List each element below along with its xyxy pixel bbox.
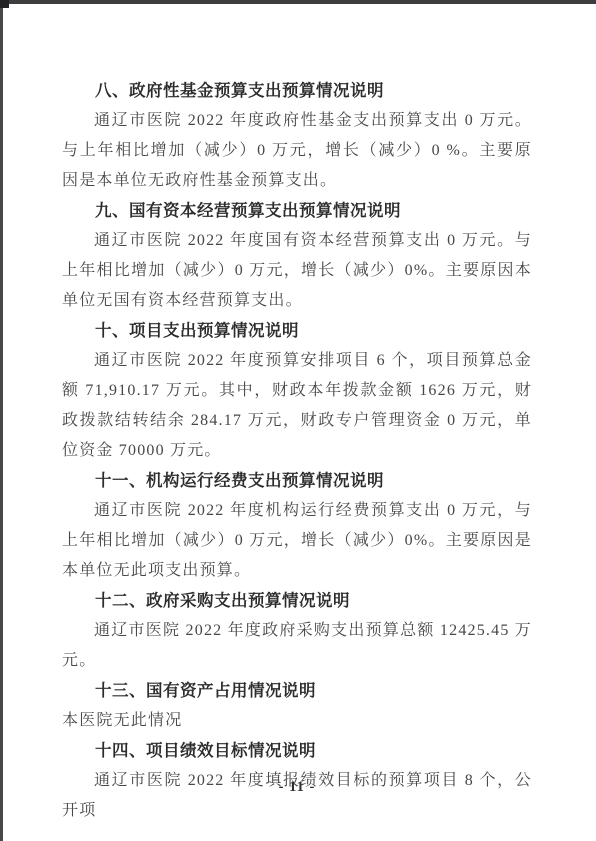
section-paragraph-12: 通辽市医院 2022 年度政府采购支出预算总额 12425.45 万元。 <box>62 616 532 676</box>
section-heading-14: 十四、项目绩效目标情况说明 <box>62 736 532 766</box>
document-page: 八、政府性基金预算支出预算情况说明 通辽市医院 2022 年度政府性基金支出预算… <box>0 0 596 841</box>
section-heading-9: 九、国有资本经营预算支出预算情况说明 <box>62 196 532 226</box>
section-heading-13: 十三、国有资产占用情况说明 <box>62 676 532 706</box>
section-paragraph-10: 通辽市医院 2022 年度预算安排项目 6 个，项目预算总金额 71,910.1… <box>62 346 532 466</box>
document-body: 八、政府性基金预算支出预算情况说明 通辽市医院 2022 年度政府性基金支出预算… <box>62 76 532 826</box>
scan-edge-corner <box>0 0 9 8</box>
section-paragraph-13: 本医院无此情况 <box>62 706 532 736</box>
section-paragraph-8: 通辽市医院 2022 年度政府性基金支出预算支出 0 万元。与上年相比增加（减少… <box>62 106 532 196</box>
scan-edge-top <box>0 0 596 4</box>
section-paragraph-11: 通辽市医院 2022 年度机构运行经费预算支出 0 万元，与上年相比增加（减少）… <box>62 496 532 586</box>
section-paragraph-9: 通辽市医院 2022 年度国有资本经营预算支出 0 万元。与上年相比增加（减少）… <box>62 226 532 316</box>
section-heading-12: 十二、政府采购支出预算情况说明 <box>62 586 532 616</box>
page-number: - 11 - <box>62 779 532 796</box>
section-paragraph-14: 通辽市医院 2022 年度填报绩效目标的预算项目 8 个，公开项 <box>62 766 532 826</box>
section-heading-11: 十一、机构运行经费支出预算情况说明 <box>62 466 532 496</box>
section-heading-10: 十、项目支出预算情况说明 <box>62 316 532 346</box>
scan-edge-left <box>0 0 3 841</box>
section-heading-8: 八、政府性基金预算支出预算情况说明 <box>62 76 532 106</box>
